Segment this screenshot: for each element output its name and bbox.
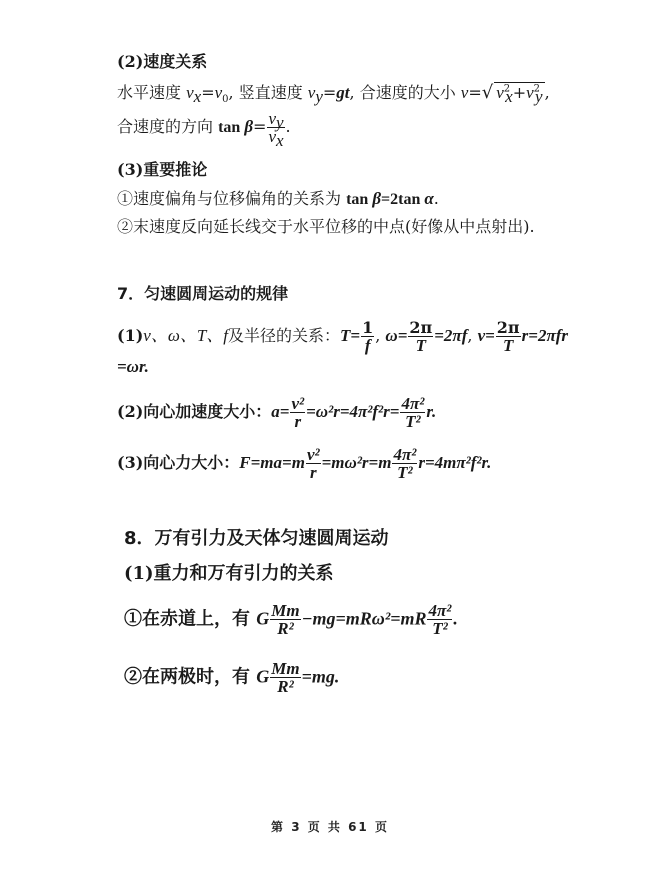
numerator: 4π² — [392, 446, 417, 464]
expr: a= — [271, 402, 289, 421]
denominator: f — [361, 337, 374, 354]
func: tan — [346, 191, 372, 208]
text: . — [286, 117, 291, 136]
vars: v、ω、T、f — [143, 326, 228, 345]
fraction: 4π²T² — [392, 446, 417, 481]
text: , — [467, 326, 477, 345]
var: α — [424, 189, 433, 208]
op: = — [323, 83, 336, 102]
label: (3)向心力大小： — [117, 453, 239, 472]
text: ①在赤道上，有 — [124, 609, 256, 630]
formula-velocity-direction: 合速度的方向 tan β=vyvx. — [117, 110, 291, 145]
label: (2)向心加速度大小： — [117, 402, 271, 421]
numerator: 4π² — [400, 395, 425, 413]
sub: y — [315, 87, 323, 106]
var: v — [268, 127, 276, 146]
label: (1) — [117, 326, 143, 345]
func: =2tan — [381, 191, 424, 208]
formula-circular-relations: (1)v、ω、T、f及半径的关系：T=1f, ω=2πT=2πf, v=2πTr… — [117, 319, 568, 354]
numerator: 4π² — [427, 602, 452, 620]
section-title-7: 7．匀速圆周运动的规律 — [117, 284, 288, 304]
func: tan — [218, 119, 244, 136]
text: ②在两极时，有 — [124, 667, 256, 688]
fraction: MmR² — [270, 660, 300, 695]
op: = — [468, 83, 481, 102]
heading-velocity-relation: (2)速度关系 — [117, 52, 207, 72]
numerator: v² — [306, 446, 321, 464]
var: v — [526, 83, 534, 102]
fraction: 4π²T² — [400, 395, 425, 430]
text: 合速度的方向 — [117, 117, 218, 136]
fraction: MmR² — [270, 602, 300, 637]
fraction: v²r — [290, 395, 305, 430]
expr: . — [453, 609, 458, 629]
var: v — [268, 109, 276, 128]
expr: ω= — [385, 326, 407, 345]
formula-centripetal-force: (3)向心力大小：F=ma=mv²r=mω²r=m4π²T²r=4mπ²f²r. — [117, 446, 491, 481]
denominator: T² — [392, 464, 417, 481]
formula-equator: ①在赤道上，有 GMmR²−mg=mRω²=mR4π²T². — [124, 602, 458, 637]
text: , — [375, 326, 385, 345]
expr: r. — [426, 402, 436, 421]
text: , 合速度的大小 — [350, 83, 461, 102]
fraction: 4π²T² — [427, 602, 452, 637]
denominator: T — [408, 337, 433, 354]
formula-centripetal-acceleration: (2)向心加速度大小：a=v²r=ω²r=4π²f²r=4π²T²r. — [117, 395, 436, 430]
fraction: 2πT — [408, 319, 433, 354]
var: β — [372, 189, 381, 208]
expr: −mg=mRω²=mR — [302, 609, 427, 629]
expr: r=2πfr — [522, 326, 568, 345]
formula-continuation: =ωr. — [117, 357, 149, 377]
var: β — [244, 117, 253, 136]
expr: =2πf — [434, 326, 467, 345]
expr: =mg. — [302, 667, 340, 687]
numerator: 2π — [496, 319, 521, 337]
expr: T= — [340, 326, 360, 345]
formula-velocity-components: 水平速度 vx=v0, 竖直速度 vy=gt, 合速度的大小 v=√v2x+v2… — [117, 82, 550, 103]
var: v — [215, 83, 223, 102]
numerator: Mm — [270, 602, 300, 620]
var: v — [186, 83, 194, 102]
inference-item-1: ①速度偏角与位移偏角的关系为 tan β=2tan α. — [117, 189, 439, 210]
numerator: 2π — [408, 319, 433, 337]
fraction: 1f — [361, 319, 374, 354]
denominator: R² — [270, 678, 300, 695]
text: . — [434, 189, 439, 208]
text: ①速度偏角与位移偏角的关系为 — [117, 189, 346, 208]
text: 及半径的关系： — [228, 326, 340, 345]
expr: v= — [478, 326, 495, 345]
text: 水平速度 — [117, 83, 186, 102]
sub: x — [505, 87, 513, 106]
sub: x — [276, 131, 284, 150]
sqrt-icon: √ — [482, 82, 493, 103]
expr: F=ma=m — [239, 453, 305, 472]
page-footer: 第 3 页 共 61 页 — [0, 818, 660, 835]
op: + — [513, 83, 526, 102]
heading-important-inferences: (3)重要推论 — [117, 160, 207, 180]
denominator: r — [306, 464, 321, 481]
numerator: v² — [290, 395, 305, 413]
denominator: T — [496, 337, 521, 354]
section-title-8: 8．万有引力及天体匀速圆周运动 — [124, 529, 389, 549]
var: v — [496, 83, 504, 102]
numerator: Mm — [270, 660, 300, 678]
numerator: 1 — [361, 319, 374, 337]
text: , — [545, 83, 550, 102]
denominator: T² — [427, 620, 452, 637]
sqrt-body: v2x+v2y — [494, 82, 544, 103]
var: gt — [336, 83, 349, 102]
denominator: R² — [270, 620, 300, 637]
formula-poles: ②在两极时，有 GMmR²=mg. — [124, 660, 339, 695]
op: = — [253, 117, 266, 136]
heading-gravity-relation: (1)重力和万有引力的关系 — [124, 564, 334, 584]
var: G — [256, 609, 269, 629]
expr: =mω²r=m — [322, 453, 392, 472]
fraction: vyvx — [267, 110, 284, 145]
denominator: r — [290, 413, 305, 430]
inference-item-2: ②末速度反向延长线交于水平位移的中点(好像从中点射出). — [117, 217, 535, 237]
op: = — [201, 83, 214, 102]
expr: =ω²r=4π²f²r= — [306, 402, 399, 421]
var: G — [256, 667, 269, 687]
sub: y — [535, 87, 543, 106]
fraction: v²r — [306, 446, 321, 481]
text: , 竖直速度 — [229, 83, 308, 102]
fraction: 2πT — [496, 319, 521, 354]
denominator: T² — [400, 413, 425, 430]
expr: r=4mπ²f²r. — [418, 453, 491, 472]
